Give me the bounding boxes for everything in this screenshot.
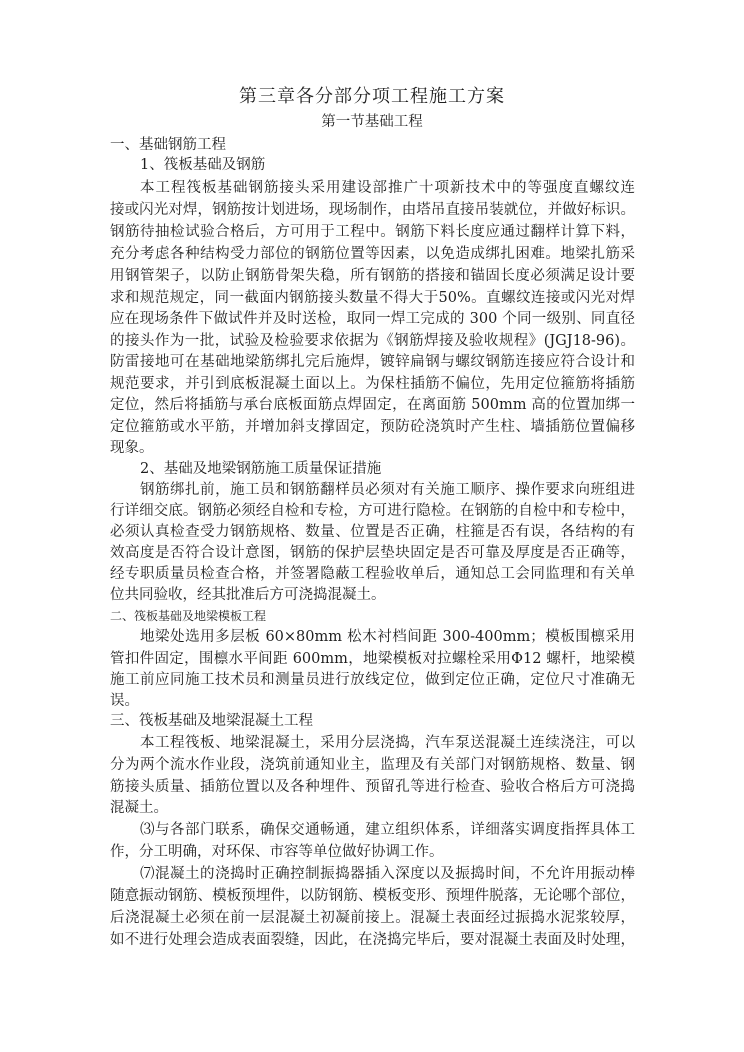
text-line: 如不进行处理会造成表面裂缝，因此，在浇捣完毕后，要对混凝土表面及时处理， [110,929,635,951]
heading-sub-2: 2、基础及地梁钢筋施工质量保证措施 [140,458,635,480]
heading-section-2: 二、筏板基础及地梁模板工程 [110,605,635,627]
text-line: 后浇混凝土必须在前一层混凝土初凝前接上。混凝土表面经过振捣水泥浆较厚， [110,907,635,929]
text-line: 随意振动钢筋、模板预埋件，以防钢筋、模板变形、预埋件脱落，无论哪个部位， [110,885,635,907]
text-line: 误。 [110,690,635,712]
text-line: 混凝土。 [110,797,635,819]
text-line: 求和规范规定，同一截面内钢筋接头数量不得大于50%。直螺纹连接或闪光对焊 [110,287,635,309]
text-line: 的接头作为一批，试验及检验要求依据为《钢筋焊接及验收规程》(JGJ18-96)。 [110,330,635,352]
text-line: 必须认真检查受力钢筋规格、数量、位置是否正确，柱箍是否有误，各结构的有 [110,521,635,543]
text-line: 筋接头质量、插筋位置以及各种埋件、预留孔等进行检查、验收合格后方可浇捣 [110,776,635,798]
text-line: 行详细交底。钢筋必须经自检和专检，方可进行隐检。在钢筋的自检中和专检中， [110,500,635,522]
text-line: 管扣件固定，围檩水平间距 600mm，地梁模板对拉螺栓采用Φ12 螺杆，地梁模板 [110,648,635,670]
text-line: 作，分工明确，对环保、市容等单位做好协调工作。 [110,841,635,863]
text-line: 施工前应同施工技术员和测量员进行放线定位，做到定位正确，定位尺寸准确无 [110,669,635,691]
text-line: 应在现场条件下做试件并及时送检，取同一焊工完成的 300 个同一级别、同直径 [110,308,635,330]
text-line: 定位箍筋或水平筋，并增加斜支撑固定，预防砼浇筑时产生柱、墙插筋位置偏移 [110,416,635,438]
text-line: 分为两个流水作业段，浇筑前通知业主，监理及有关部门对钢筋规格、数量、钢 [110,754,635,776]
text-line: 防雷接地可在基础地梁筋绑扎完后施焊，镀锌扁钢与螺纹钢筋连接应符合设计和 [110,351,635,373]
heading-section-3: 三、筏板基础及地梁混凝土工程 [110,710,635,732]
text-line: 地梁处选用多层板 60×80mm 松木衬档间距 300-400mm；模板围檩采用… [140,626,635,648]
text-line: 位共同验收，经其批准后方可浇捣混凝土。 [110,584,635,606]
section-title: 第一节基础工程 [0,111,744,133]
heading-sub-1: 1、筏板基础及钢筋 [140,154,635,176]
text-line: ⑺混凝土的浇捣时正确控制振捣器插入深度以及振捣时间，不允许用振动棒 [140,863,635,885]
text-line: 效高度是否符合设计意图，钢筋的保护层垫块固定是否可靠及厚度是否正确等， [110,542,635,564]
text-line: 钢筋绑扎前，施工员和钢筋翻样员必须对有关施工顺序、操作要求向班组进 [140,479,635,501]
heading-section-1: 一、基础钢筋工程 [110,134,635,156]
text-line: 本工程筏板、地梁混凝土，采用分层浇捣，汽车泵送混凝土连续浇注，可以 [140,732,635,754]
chapter-title: 第三章各分部分项工程施工方案 [0,85,744,109]
text-line: 用钢管架子，以防止钢筋骨架失稳，所有钢筋的搭接和锚固长度必须满足设计要 [110,265,635,287]
text-line: 定位，然后将插筋与承台底板面筋点焊固定，在离面筋 500mm 高的位置加绑一道 [110,394,635,416]
document-page: 第三章各分部分项工程施工方案 第一节基础工程 一、基础钢筋工程 1、筏板基础及钢… [0,0,744,1052]
text-line: 现象。 [110,437,635,459]
text-line: 经专职质量员检查合格，并签署隐蔽工程验收单后，通知总工会同监理和有关单 [110,563,635,585]
text-line: ⑶与各部门联系，确保交通畅通，建立组织体系，详细落实调度指挥具体工 [140,819,635,841]
text-line: 充分考虑各种结构受力部位的钢筋位置等因素，以免造成绑扎困难。地梁扎筋采 [110,243,635,265]
text-line: 规范要求，并引到底板混凝土面以上。为保柱插筋不偏位，先用定位箍筋将插筋 [110,373,635,395]
text-line: 接或闪光对焊，钢筋按计划进场，现场制作，由塔吊直接吊装就位，并做好标识。 [110,199,635,221]
text-line: 钢筋待抽检试验合格后，方可用于工程中。钢筋下料长度应通过翻样计算下料， [110,221,635,243]
text-line: 本工程筏板基础钢筋接头采用建设部推广十项新技术中的等强度直螺纹连 [140,177,635,199]
